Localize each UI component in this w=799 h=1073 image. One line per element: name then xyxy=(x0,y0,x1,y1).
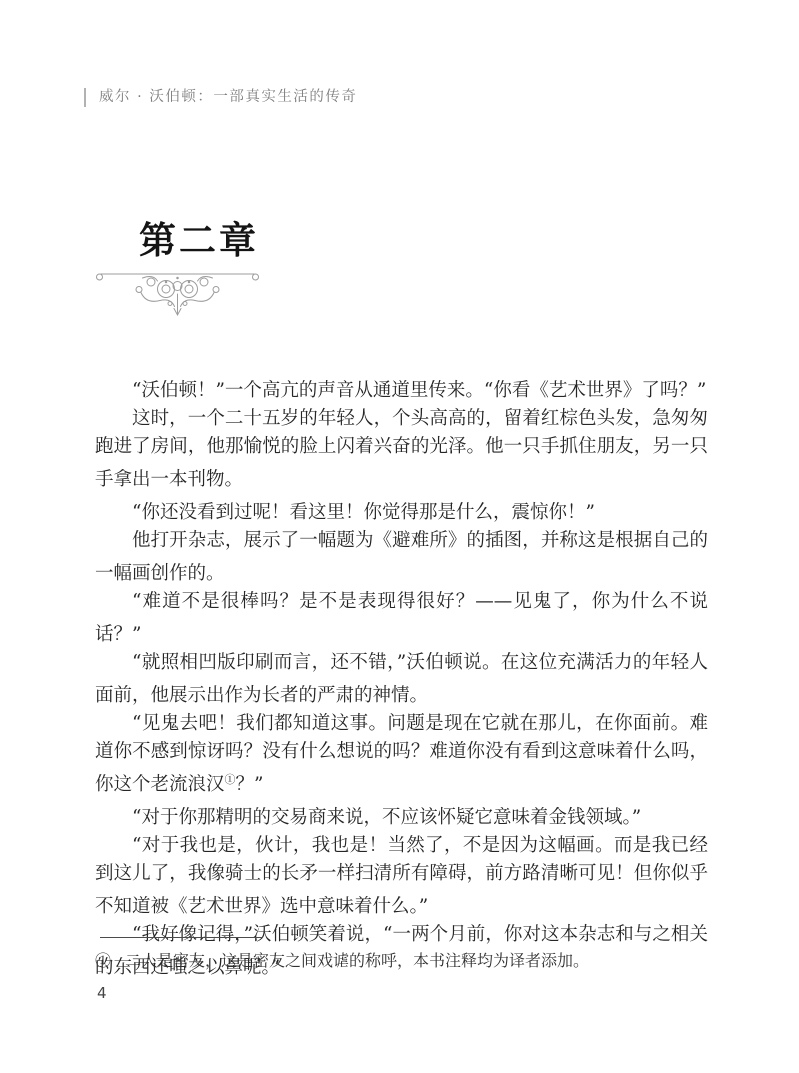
footnote-rule xyxy=(100,937,263,938)
running-head: 威尔 · 沃伯顿：一部真实生活的传奇 xyxy=(84,88,357,107)
footnote-marker: ① xyxy=(95,949,111,972)
chapter-title: 第二章 xyxy=(139,222,259,259)
paragraph: “就照相凹版印刷而言，还不错，”沃伯顿说。在这位充满活力的年轻人面前，他展示出作… xyxy=(95,649,708,710)
paragraph: “难道不是很棒吗？是不是表现得很好？——见鬼了，你为什么不说话？” xyxy=(95,588,708,649)
flourish-divider-icon xyxy=(95,263,260,319)
paragraph: “对于我也是，伙计，我也是！当然了，不是因为这幅画。而是我已经到这儿了，我像骑士… xyxy=(95,832,708,921)
paragraph: “见鬼去吧！我们都知道这事。问题是现在它就在那儿，在你面前。难道你不感到惊讶吗？… xyxy=(95,710,708,799)
paragraph: 他打开杂志，展示了一幅题为《避难所》的插图，并称这是根据自己的一幅画创作的。 xyxy=(95,527,708,588)
running-head-bar xyxy=(84,88,86,107)
page-number: 4 xyxy=(97,984,107,1002)
footnote-ref: ① xyxy=(225,773,236,786)
body-text: “沃伯顿！”一个高亢的声音从通道里传来。“你看《艺术世界》了吗？” 这时，一个二… xyxy=(95,372,708,982)
running-head-title: 威尔 · 沃伯顿：一部真实生活的传奇 xyxy=(99,88,357,107)
paragraph: “沃伯顿！”一个高亢的声音从通道里传来。“你看《艺术世界》了吗？” xyxy=(95,372,708,405)
paragraph: 这时，一个二十五岁的年轻人，个头高高的，留着红棕色头发，急匆匆跑进了房间，他那愉… xyxy=(95,405,708,494)
paragraph: “你还没看到过呢！看这里！你觉得那是什么，震惊你！” xyxy=(95,494,708,527)
paragraph: “对于你那精明的交易商来说，不应该怀疑它意味着金钱领域。” xyxy=(95,799,708,832)
footnote-text: 二人是密友，这是密友之间戏谑的称呼，本书注释均为译者添加。 xyxy=(125,949,708,972)
footnote: ① 二人是密友，这是密友之间戏谑的称呼，本书注释均为译者添加。 xyxy=(95,949,708,972)
book-page: { "page": { "running_head": "威尔 · 沃伯顿：一部… xyxy=(0,0,799,1073)
